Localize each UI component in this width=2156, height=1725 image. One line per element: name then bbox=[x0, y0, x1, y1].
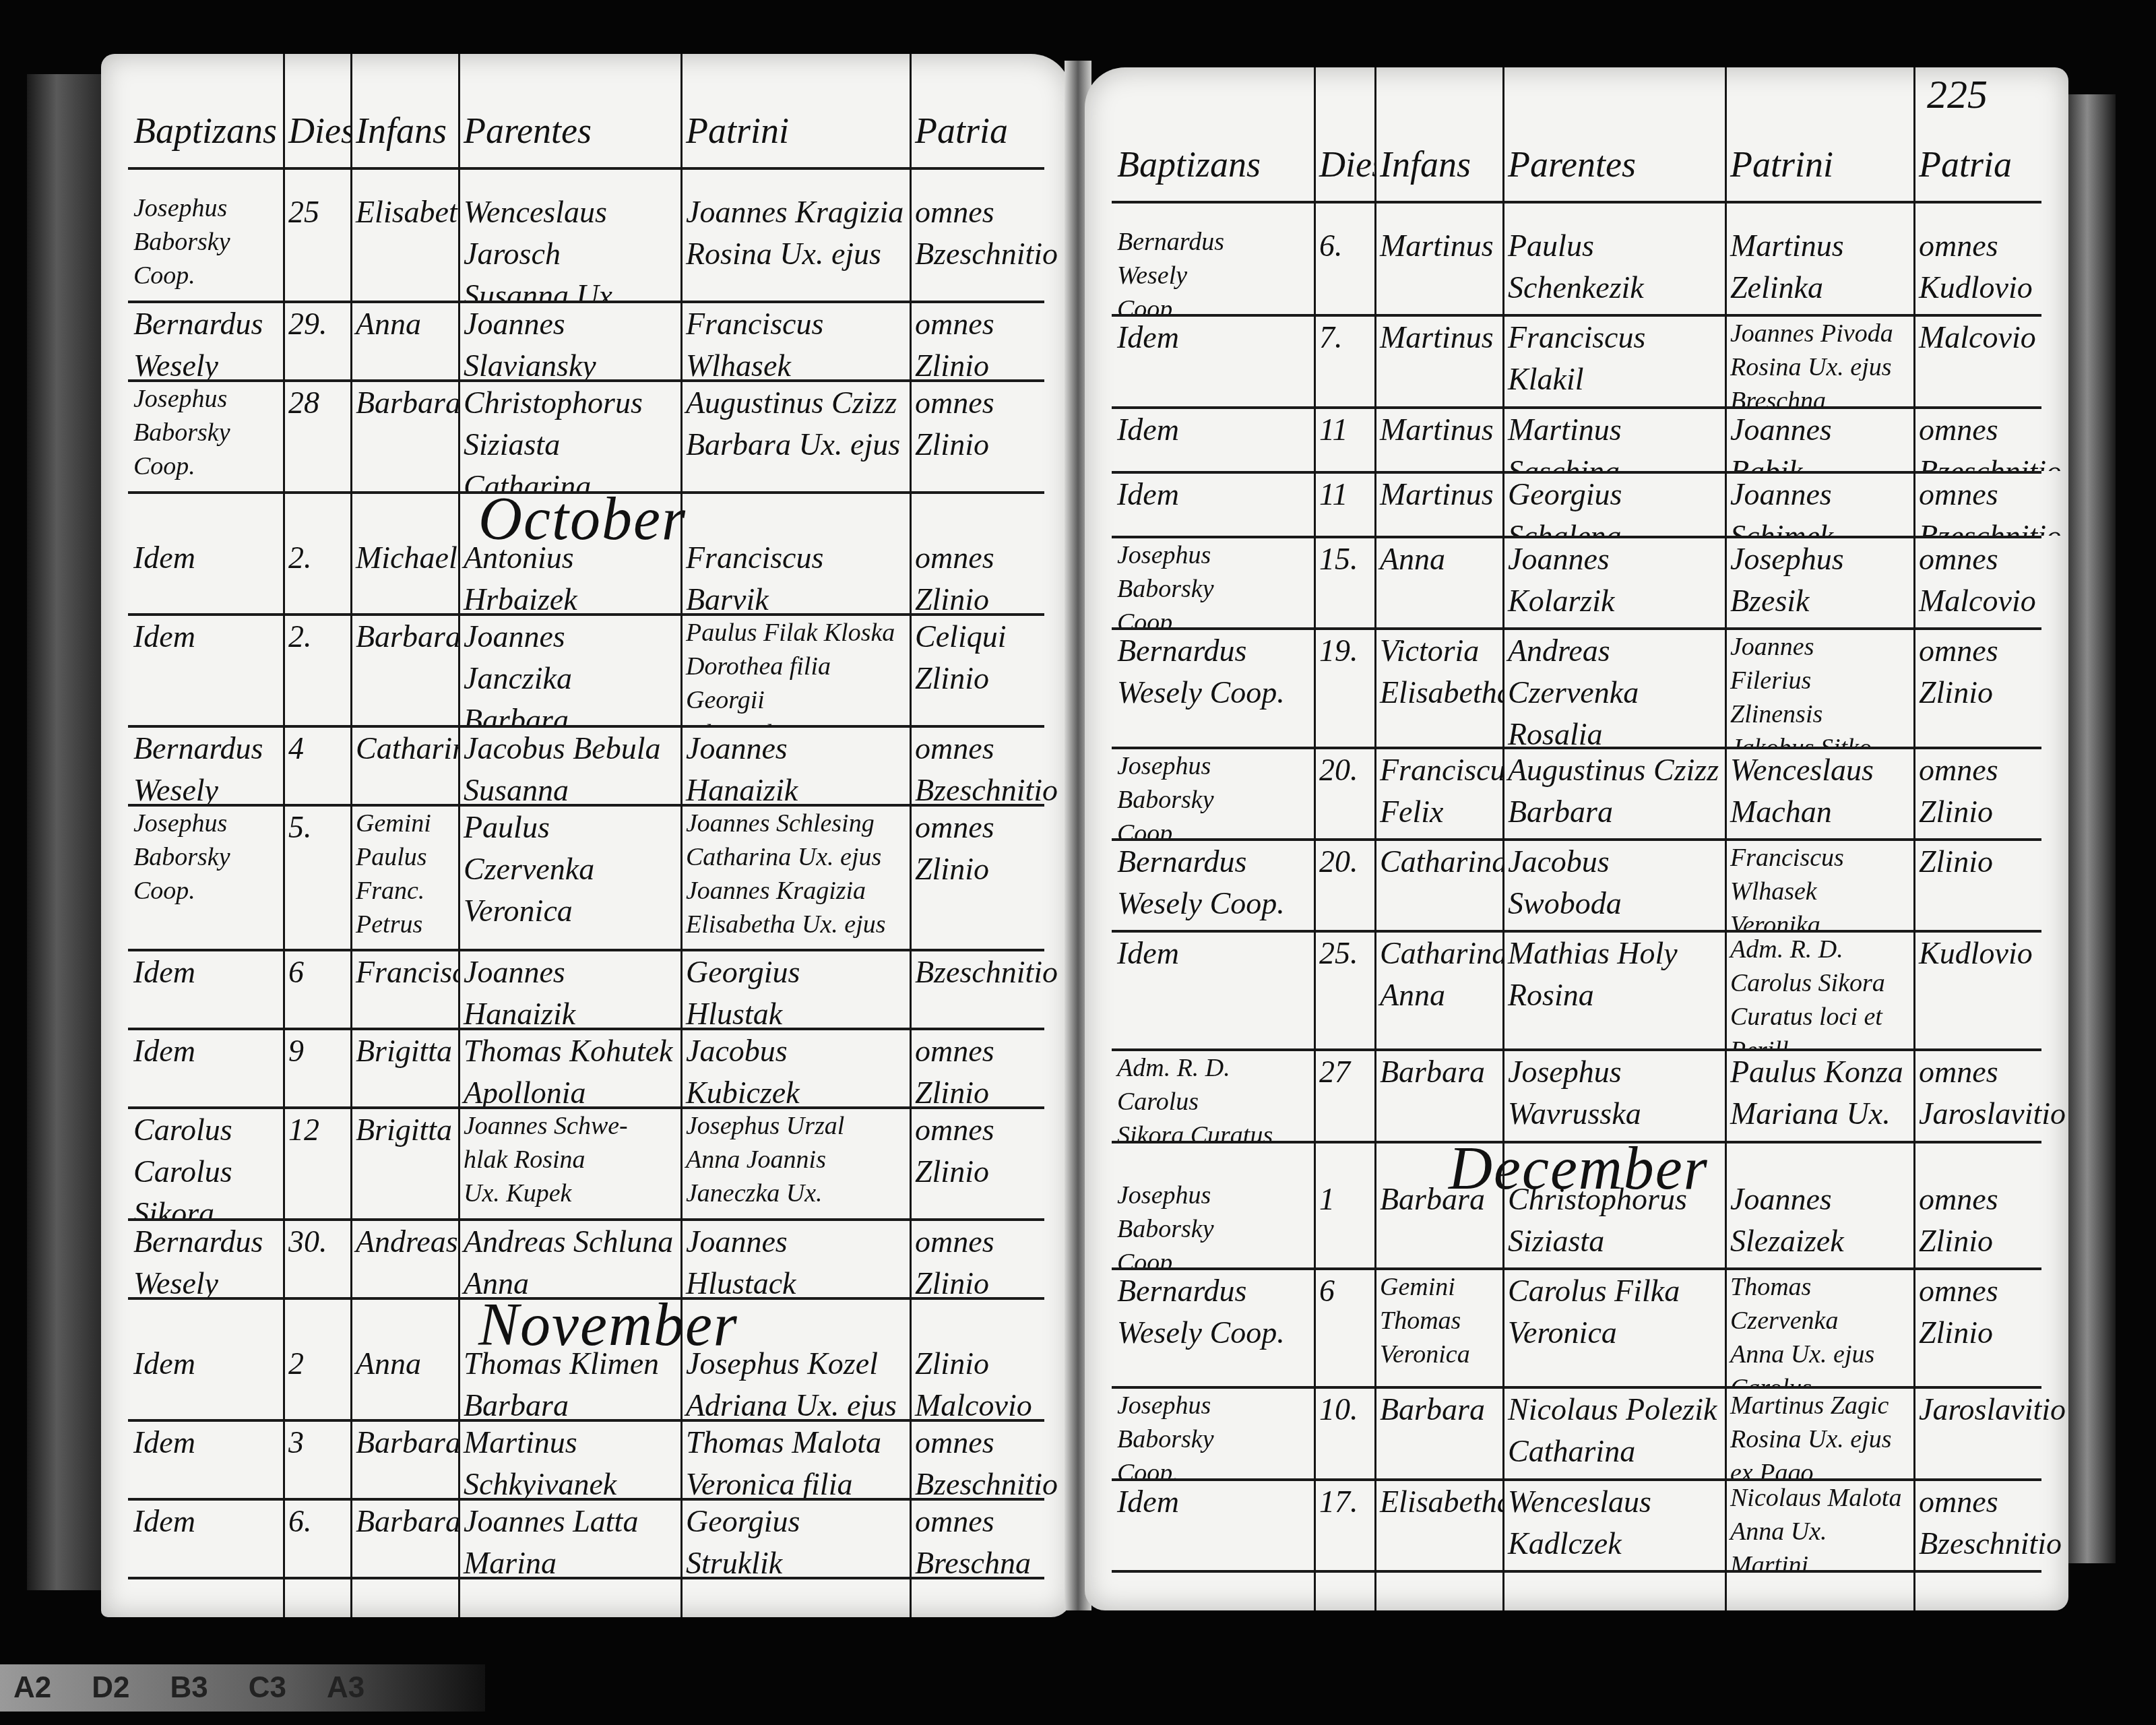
cell-patrini: Joannes Filerius Zlinensis Jakobus Sitko… bbox=[1725, 627, 1913, 746]
cell-patrini: Wenceslaus Machan Catharina Bareska bbox=[1725, 747, 1913, 838]
header-dies: Dies bbox=[1314, 128, 1374, 201]
cell-patrini: Josephus Bzesik Fiak Mariana Ux. ejus bbox=[1725, 536, 1913, 627]
column-rule bbox=[680, 54, 683, 1617]
header-baptizans: Baptizans bbox=[1112, 128, 1314, 201]
cell-infans: Michael bbox=[350, 534, 458, 613]
cell-patria: Zlinio bbox=[1913, 838, 2068, 930]
register-entry: Idem9BrigittaThomas Kohutek ApolloniaJac… bbox=[128, 1028, 1044, 1109]
cell-dies: 20. bbox=[1314, 747, 1374, 838]
cell-baptizans: Bernardus Wesely Coop. bbox=[1112, 838, 1314, 930]
cell-parentes: Jacobus Swoboda Teresia bbox=[1502, 838, 1725, 930]
cell-patria: Jaroslavitio bbox=[1913, 1386, 2068, 1478]
cell-patrini: Joannes Schimek Esther Schimkova bbox=[1725, 471, 1913, 536]
film-label: A3 bbox=[327, 1671, 364, 1705]
register-entry: Carolus Carolus Sikora12BrigittaJoannes … bbox=[128, 1106, 1044, 1221]
cell-patrini: Thomas Malota Veronica filia ejus bbox=[680, 1419, 910, 1498]
cell-patrini: Georgius Hlustak Juliana Ux. ejus Zlinio bbox=[680, 949, 910, 1028]
cell-dies: 25. bbox=[1314, 930, 1374, 1048]
cell-parentes: Joannes Schwe- hlak Rosina Ux. Kupek bbox=[458, 1106, 680, 1218]
cell-baptizans: Idem bbox=[1112, 1478, 1314, 1570]
cell-parentes: Paulus Czervenka Veronica bbox=[458, 804, 680, 949]
cell-dies: 2 bbox=[283, 1340, 350, 1419]
column-rule bbox=[350, 54, 352, 1617]
cell-patrini: Josephus Kozel Adriana Ux. ejus bbox=[680, 1340, 910, 1419]
column-header-row: Baptizans Dies Infans Parentes Patrini P… bbox=[128, 94, 1044, 170]
column-rule bbox=[1374, 67, 1376, 1610]
cell-dies: 5. bbox=[283, 804, 350, 949]
cell-baptizans: Carolus Carolus Sikora bbox=[128, 1106, 283, 1218]
cell-parentes: Wenceslaus Kadlczek Susana bbox=[1502, 1478, 1725, 1570]
film-label: B3 bbox=[170, 1671, 208, 1705]
cell-baptizans: Bernardus Wesely Coop. bbox=[1112, 1267, 1314, 1386]
cell-patria: Bzeschnitio bbox=[910, 949, 1058, 1028]
cell-parentes: Josephus Wavrusska Anna bbox=[1502, 1048, 1725, 1140]
cell-dies: 11 bbox=[1314, 471, 1374, 536]
cell-patria: omnes Malcovio bbox=[1913, 536, 2068, 627]
cell-infans: Franciscus bbox=[350, 949, 458, 1028]
film-strip-labels: A2 D2 B3 C3 A3 bbox=[0, 1664, 485, 1712]
cell-patria: Malcovio bbox=[1913, 314, 2068, 406]
cell-infans: Catharina bbox=[350, 725, 458, 804]
cell-dies: 1 bbox=[1314, 1176, 1374, 1267]
cell-infans: Barbara bbox=[1374, 1048, 1502, 1140]
cell-parentes: Antonius Hrbaizek Mariana bbox=[458, 534, 680, 613]
column-rule bbox=[1314, 67, 1316, 1610]
cell-patrini: Josephus Urzal Anna Joannis Janeczka Ux. bbox=[680, 1106, 910, 1218]
cell-patria: Celiqui Zlinio bbox=[910, 613, 1058, 725]
cell-parentes: Nicolaus Polezik Catharina bbox=[1502, 1386, 1725, 1478]
header-patria: Patria bbox=[910, 94, 1058, 167]
cell-patrini: Martinus Zelinka Anna Ux. ejus bbox=[1725, 222, 1913, 314]
cell-parentes: Andreas Schluna Anna bbox=[458, 1218, 680, 1297]
folio-number: 225 bbox=[1927, 71, 1988, 118]
cell-patrini: Thomas Czervenka Anna Ux. ejus Carolus T… bbox=[1725, 1267, 1913, 1386]
register-entry: Josephus Baborsky Coop.28BarbaraChristop… bbox=[128, 379, 1044, 494]
cell-baptizans: Idem bbox=[1112, 406, 1314, 471]
register-entry: Idem7.MartinusFranciscus Klakil Veronica… bbox=[1112, 314, 2041, 408]
cell-baptizans: Josephus Baborsky Coop. bbox=[1112, 747, 1314, 838]
cell-patrini: Franciscus Wlhasek Anna Janeczkova bbox=[680, 301, 910, 379]
cell-infans: Gemini Paulus Franc. Petrus Wences- laus bbox=[350, 804, 458, 949]
cell-baptizans: Josephus Baborsky Coop. bbox=[128, 379, 283, 491]
cell-infans: Barbara bbox=[350, 1419, 458, 1498]
cell-dies: 27 bbox=[1314, 1048, 1374, 1140]
cell-baptizans: Idem bbox=[128, 949, 283, 1028]
register-entry: Bernardus Wesely Coop.20.CatharinaJacobu… bbox=[1112, 838, 2041, 933]
cell-patrini: Joannes Babik Mariana Ux. ejus bbox=[1725, 406, 1913, 471]
cell-patria: omnes Bzeschnitio bbox=[910, 1419, 1058, 1498]
cell-parentes: Christophorus Siziasta Catharina bbox=[458, 379, 680, 491]
cell-infans: Elisabetha bbox=[350, 189, 458, 301]
cell-infans: Victoria Elisabetha bbox=[1374, 627, 1502, 746]
cell-patria: omnes Zlinio bbox=[910, 804, 1058, 949]
cell-infans: Brigitta bbox=[350, 1106, 458, 1218]
cell-dies: 20. bbox=[1314, 838, 1374, 930]
register-entry: Josephus Baborsky Coop.5.Gemini Paulus F… bbox=[128, 804, 1044, 951]
column-rule bbox=[458, 54, 460, 1617]
cell-dies: 17. bbox=[1314, 1478, 1374, 1570]
cell-baptizans: Bernardus Wesely Coop. bbox=[1112, 222, 1314, 314]
book-edge-right bbox=[2068, 94, 2116, 1563]
cell-infans: Barbara bbox=[350, 379, 458, 491]
cell-patria: omnes Bzeschnitio bbox=[1913, 1478, 2068, 1570]
cell-patria: omnes Jaroslavitio bbox=[1913, 1048, 2068, 1140]
cell-infans: Martinus bbox=[1374, 471, 1502, 536]
cell-parentes: Andreas Czervenka Rosalia bbox=[1502, 627, 1725, 746]
cell-baptizans: Idem bbox=[128, 613, 283, 725]
cell-patrini: Joannes Slezaizek Anna Conjux ejus bbox=[1725, 1176, 1913, 1267]
register-entry: Josephus Baborsky Coop.15.AnnaJoannes Ko… bbox=[1112, 536, 2041, 630]
header-dies: Dies bbox=[283, 94, 350, 167]
cell-patria: omnes Bzeschnitio bbox=[1913, 471, 2068, 536]
cell-patria: omnes Zlinio bbox=[910, 1218, 1058, 1297]
cell-baptizans: Idem bbox=[1112, 930, 1314, 1048]
cell-patrini: Joannes Hlustack Catharina Paresotka bbox=[680, 1218, 910, 1297]
register-entry: Idem2.BarbaraJoannes Janczika BarbaraPau… bbox=[128, 613, 1044, 728]
header-parentes: Parentes bbox=[1502, 128, 1725, 201]
cell-patrini: Franciscus Wlhasek Veronika Blaschkova C… bbox=[1725, 838, 1913, 930]
cell-dies: 9 bbox=[283, 1028, 350, 1106]
cell-patria: omnes Kudlovio bbox=[1913, 222, 2068, 314]
cell-dies: 6 bbox=[1314, 1267, 1374, 1386]
register-entry: Bernardus Wesely Coop.19.Victoria Elisab… bbox=[1112, 627, 2041, 749]
cell-infans: Franciscus Felix bbox=[1374, 747, 1502, 838]
cell-patrini: Joannes Kragizia Rosina Ux. ejus bbox=[680, 189, 910, 301]
cell-patria: omnes Zlinio bbox=[1913, 747, 2068, 838]
cell-patria: Kudlovio bbox=[1913, 930, 2068, 1048]
cell-baptizans: Idem bbox=[1112, 314, 1314, 406]
cell-patria: omnes Zlinio bbox=[910, 301, 1058, 379]
cell-patria: omnes Bzeschnitio bbox=[910, 725, 1058, 804]
register-entry: Idem17.ElisabethaWenceslaus Kadlczek Sus… bbox=[1112, 1478, 2041, 1573]
column-header-row: Baptizans Dies Infans Parentes Patrini P… bbox=[1112, 128, 2041, 203]
cell-baptizans: Josephus Baborsky Coop. bbox=[128, 804, 283, 949]
cell-parentes: Wenceslaus Jarosch Susanna Ux. bbox=[458, 189, 680, 301]
register-entry: Idem2AnnaThomas Klimen BarbaraJosephus K… bbox=[128, 1340, 1044, 1422]
cell-dies: 11 bbox=[1314, 406, 1374, 471]
register-entry: Josephus Baborsky Coop.20.Franciscus Fel… bbox=[1112, 747, 2041, 841]
book-edge-left bbox=[27, 74, 101, 1590]
cell-dies: 12 bbox=[283, 1106, 350, 1218]
cell-infans: Anna bbox=[350, 1340, 458, 1419]
film-label: A2 bbox=[13, 1671, 51, 1705]
cell-baptizans: Bernardus Wesely Coop. bbox=[128, 1218, 283, 1297]
column-rule bbox=[1725, 67, 1727, 1610]
cell-baptizans: Idem bbox=[128, 1028, 283, 1106]
cell-baptizans: Bernardus Wesely Coop. bbox=[128, 301, 283, 379]
cell-patria: Zlinio Malcovio bbox=[910, 1340, 1058, 1419]
register-entry: Bernardus Wesely Coop.6.MartinusPaulus S… bbox=[1112, 222, 2041, 317]
right-page: 225 Baptizans Dies Infans Parentes Patri… bbox=[1085, 67, 2068, 1610]
register-entry: Bernardus Wesely Coop.4CatharinaJacobus … bbox=[128, 725, 1044, 807]
cell-parentes: Augustinus Czizz Barbara bbox=[1502, 747, 1725, 838]
cell-parentes: Jacobus Bebula Susanna bbox=[458, 725, 680, 804]
register-entry: Bernardus Wesely Coop.30.AndreasAndreas … bbox=[128, 1218, 1044, 1300]
cell-patrini: Augustinus Czizz Barbara Ux. ejus bbox=[680, 379, 910, 491]
header-baptizans: Baptizans bbox=[128, 94, 283, 167]
cell-parentes: Christophorus Siziasta Catharina bbox=[1502, 1176, 1725, 1267]
cell-parentes: Franciscus Klakil Veronica bbox=[1502, 314, 1725, 406]
cell-baptizans: Idem bbox=[128, 1340, 283, 1419]
cell-patria: omnes Zlinio bbox=[1913, 1267, 2068, 1386]
cell-patrini: Georgius Struklik Margaritta Ux. ejus bbox=[680, 1498, 910, 1577]
register-entry: Idem11MartinusGeorgius Schalena MarianaJ… bbox=[1112, 471, 2041, 538]
cell-patria: omnes Zlinio bbox=[1913, 1176, 2068, 1267]
cell-patrini: Paulus Filak Kloska Dorothea filia Georg… bbox=[680, 613, 910, 725]
cell-patrini: Adm. R. D. Carolus Sikora Curatus loci e… bbox=[1725, 930, 1913, 1048]
register-entry: Bernardus Wesely Coop.6Gemini Thomas Ver… bbox=[1112, 1267, 2041, 1389]
cell-dies: 19. bbox=[1314, 627, 1374, 746]
cell-patria: omnes Zlinio bbox=[910, 534, 1058, 613]
header-infans: Infans bbox=[350, 94, 458, 167]
cell-baptizans: Idem bbox=[128, 534, 283, 613]
cell-baptizans: Josephus Baborsky Coop. bbox=[1112, 536, 1314, 627]
cell-dies: 10. bbox=[1314, 1386, 1374, 1478]
cell-baptizans: Idem bbox=[1112, 471, 1314, 536]
cell-patria: omnes Breschna bbox=[910, 1498, 1058, 1577]
cell-parentes: Mathias Holy Rosina bbox=[1502, 930, 1725, 1048]
register-entry: Idem2.MichaelAntonius Hrbaizek MarianaFr… bbox=[128, 534, 1044, 616]
cell-infans: Martinus bbox=[1374, 222, 1502, 314]
header-patria: Patria bbox=[1913, 128, 2068, 201]
cell-parentes: Joannes Janczika Barbara bbox=[458, 613, 680, 725]
cell-parentes: Thomas Klimen Barbara bbox=[458, 1340, 680, 1419]
cell-dies: 25 bbox=[283, 189, 350, 301]
cell-infans: Elisabetha bbox=[1374, 1478, 1502, 1570]
cell-baptizans: Idem bbox=[128, 1498, 283, 1577]
cell-parentes: Joannes Latta Marina bbox=[458, 1498, 680, 1577]
cell-baptizans: Idem bbox=[128, 1419, 283, 1498]
column-rule bbox=[910, 54, 912, 1617]
cell-parentes: Joannes Hanaizik Rosina bbox=[458, 949, 680, 1028]
cell-dies: 28 bbox=[283, 379, 350, 491]
cell-patria: omnes Zlinio bbox=[1913, 627, 2068, 746]
cell-infans: Anna bbox=[1374, 536, 1502, 627]
cell-dies: 30. bbox=[283, 1218, 350, 1297]
header-patrini: Patrini bbox=[680, 94, 910, 167]
cell-parentes: Martinus Schkyivanek Anna Ux. bbox=[458, 1419, 680, 1498]
header-infans: Infans bbox=[1374, 128, 1502, 201]
cell-infans: Anna bbox=[350, 301, 458, 379]
register-entry: Josephus Baborsky Coop.10.BarbaraNicolau… bbox=[1112, 1386, 2041, 1480]
cell-patrini: Martinus Zagic Rosina Ux. ejus ex Pago P… bbox=[1725, 1386, 1913, 1478]
cell-parentes: Joannes Kolarzik Elisabetha bbox=[1502, 536, 1725, 627]
cell-patrini: Paulus Konza Mariana Ux. ejus bbox=[1725, 1048, 1913, 1140]
cell-patrini: Joannes Schlesing Catharina Ux. ejus Joa… bbox=[680, 804, 910, 949]
cell-infans: Catharina bbox=[1374, 838, 1502, 930]
cell-patrini: Joannes Pivoda Rosina Ux. ejus Breschna bbox=[1725, 314, 1913, 406]
cell-parentes: Martinus Saschina Mariana bbox=[1502, 406, 1725, 471]
cell-baptizans: Josephus Baborsky Coop. bbox=[1112, 1386, 1314, 1478]
cell-dies: 29. bbox=[283, 301, 350, 379]
cell-infans: Barbara bbox=[1374, 1386, 1502, 1478]
cell-baptizans: Josephus Baborsky Coop. bbox=[128, 189, 283, 301]
cell-parentes: Thomas Kohutek Apollonia bbox=[458, 1028, 680, 1106]
register-entry: Idem6FranciscusJoannes Hanaizik RosinaGe… bbox=[128, 949, 1044, 1030]
column-rule bbox=[283, 54, 285, 1617]
cell-patria: omnes Bzeschnitio bbox=[910, 189, 1058, 301]
cell-dies: 6. bbox=[283, 1498, 350, 1577]
cell-patrini: Joannes Hanaizik Mariana Schaltenova bbox=[680, 725, 910, 804]
cell-baptizans: Bernardus Wesely Coop. bbox=[1112, 627, 1314, 746]
cell-patrini: Jacobus Kubiczek Dorothea Ux. ejus bbox=[680, 1028, 910, 1106]
cell-patria: omnes Zlinio bbox=[910, 379, 1058, 491]
cell-baptizans: Adm. R. D. Carolus Sikora Curatus loci bbox=[1112, 1048, 1314, 1140]
left-page: Baptizans Dies Infans Parentes Patrini P… bbox=[101, 54, 1071, 1617]
register-entry: Idem25.Catharina AnnaMathias Holy Rosina… bbox=[1112, 930, 2041, 1051]
cell-parentes: Paulus Schenkezik Catharina bbox=[1502, 222, 1725, 314]
cell-parentes: Carolus Filka Veronica bbox=[1502, 1267, 1725, 1386]
cell-patrini: Franciscus Barvik Mariana Malotka bbox=[680, 534, 910, 613]
cell-dies: 6 bbox=[283, 949, 350, 1028]
column-rule bbox=[1502, 67, 1504, 1610]
cell-patria: omnes Bzeschnitio bbox=[1913, 406, 2068, 471]
cell-baptizans: Josephus Baborsky Coop. bbox=[1112, 1176, 1314, 1267]
register-entry: Adm. R. D. Carolus Sikora Curatus loci27… bbox=[1112, 1048, 2041, 1143]
film-label: D2 bbox=[92, 1671, 129, 1705]
cell-parentes: Georgius Schalena Mariana bbox=[1502, 471, 1725, 536]
cell-infans: Catharina Anna bbox=[1374, 930, 1502, 1048]
cell-infans: Barbara bbox=[1374, 1176, 1502, 1267]
cell-dies: 15. bbox=[1314, 536, 1374, 627]
register-entry: Idem11MartinusMartinus Saschina MarianaJ… bbox=[1112, 406, 2041, 474]
film-label: C3 bbox=[249, 1671, 286, 1705]
cell-dies: 7. bbox=[1314, 314, 1374, 406]
cell-patrini: Nicolaus Malota Anna Ux. Martini Czerny bbox=[1725, 1478, 1913, 1570]
cell-dies: 3 bbox=[283, 1419, 350, 1498]
cell-dies: 6. bbox=[1314, 222, 1374, 314]
register-entry: Bernardus Wesely Coop.29.AnnaJoannes Sla… bbox=[128, 301, 1044, 382]
register-entry: Josephus Baborsky Coop.25ElisabethaWence… bbox=[128, 189, 1044, 303]
column-rule bbox=[1913, 67, 1915, 1610]
cell-infans: Martinus bbox=[1374, 406, 1502, 471]
cell-baptizans: Bernardus Wesely Coop. bbox=[128, 725, 283, 804]
header-patrini: Patrini bbox=[1725, 128, 1913, 201]
register-entry: Idem6.BarbaraJoannes Latta MarinaGeorgiu… bbox=[128, 1498, 1044, 1579]
cell-dies: 4 bbox=[283, 725, 350, 804]
cell-infans: Barbara bbox=[350, 1498, 458, 1577]
cell-infans: Martinus bbox=[1374, 314, 1502, 406]
cell-infans: Andreas bbox=[350, 1218, 458, 1297]
cell-infans: Gemini Thomas Veronica bbox=[1374, 1267, 1502, 1386]
cell-infans: Barbara bbox=[350, 613, 458, 725]
cell-patria: omnes Zlinio bbox=[910, 1028, 1058, 1106]
header-parentes: Parentes bbox=[458, 94, 680, 167]
register-entry: Idem3BarbaraMartinus Schkyivanek Anna Ux… bbox=[128, 1419, 1044, 1501]
cell-dies: 2. bbox=[283, 534, 350, 613]
cell-patria: omnes Zlinio bbox=[910, 1106, 1058, 1218]
cell-infans: Brigitta bbox=[350, 1028, 458, 1106]
register-entry: Josephus Baborsky Coop.1BarbaraChristoph… bbox=[1112, 1176, 2041, 1270]
cell-dies: 2. bbox=[283, 613, 350, 725]
cell-parentes: Joannes Slaviansky Anna bbox=[458, 301, 680, 379]
